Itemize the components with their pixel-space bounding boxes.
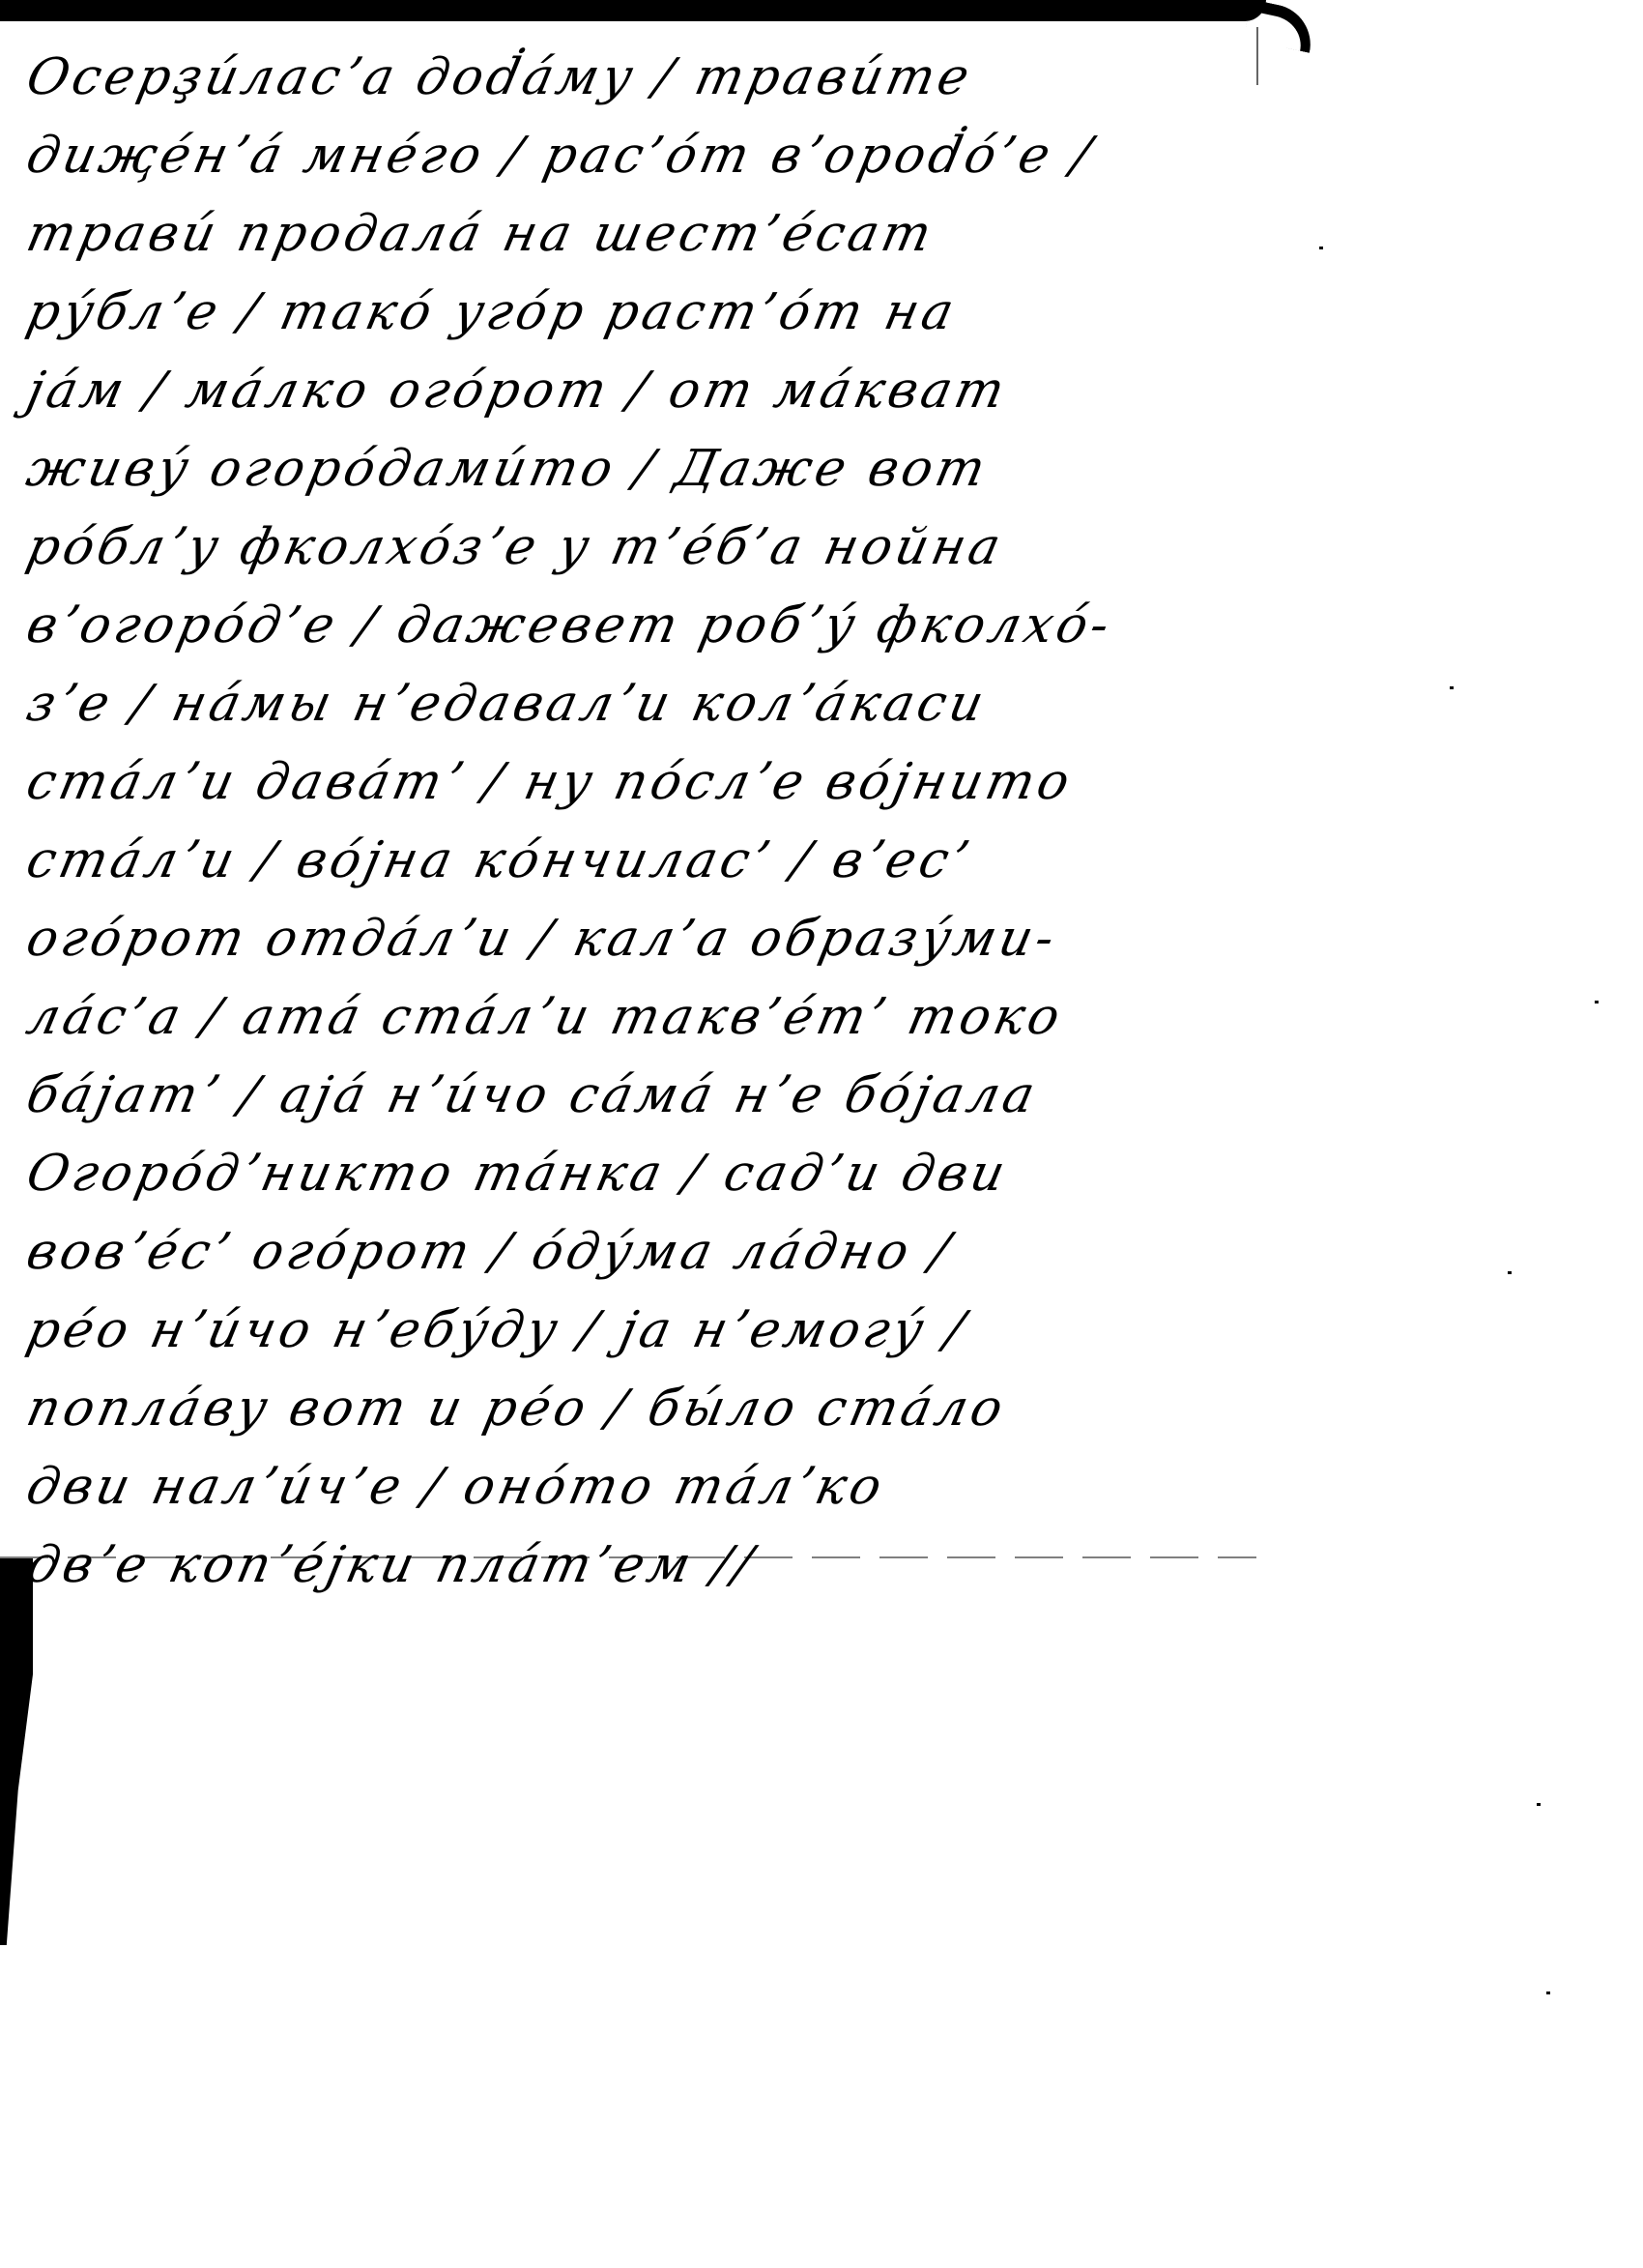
text-line: ба́јатʼ / ајá нʼи́чо са́ма́ нʼе бо́јала xyxy=(19,1057,1283,1135)
text-line: живу́ огоро́дами́то / Даже вот xyxy=(19,430,1283,509)
scan-speck xyxy=(1537,1803,1541,1806)
scan-speck xyxy=(1508,1271,1512,1274)
text-line: ого́рот отда́лʼи / кал’а образу́ми- xyxy=(19,900,1283,978)
text-line: ста́лʼи / во́јна ко́нчилас’ / вʼес’ xyxy=(19,822,1283,900)
text-line: ре́о нʼи́чо нʼебу́ду / ја нʼемогу́ / xyxy=(19,1292,1283,1370)
text-line: вовʼе́с’ ого́рот / о́ду́ма ла́дно / xyxy=(19,1213,1283,1292)
text-line: зʼе / на́мы нʼедавалʼи колʼа́каси xyxy=(19,665,1283,743)
scan-speck xyxy=(1319,247,1323,249)
scan-speck xyxy=(1546,1992,1550,1994)
scan-edge-bottom xyxy=(0,1556,1256,1558)
text-line: ста́лʼи дава́тʼ / ну по́слʼе во́јнито xyxy=(19,743,1283,822)
text-line: Огоро́дʼникто та́нка / сад’и дви xyxy=(19,1135,1283,1213)
text-line: диҗе́нʼа́ мне́го / рас’о́т вʼорoḋо́’е / xyxy=(19,117,1283,195)
text-line: попла́ву вот и ре́о / бы́ло ста́ло xyxy=(19,1370,1283,1448)
text-line: Осерҙи́ласʼа доḋа́му / трави́те xyxy=(19,39,1283,117)
scan-speck xyxy=(1595,1001,1599,1003)
scan-edge-top xyxy=(0,0,1266,21)
text-line: jа́м / ма́лко ого́рот / от ма́кват xyxy=(19,352,1283,430)
text-line: трави́ продала́ на шест’е́сат xyxy=(19,195,1283,274)
handwritten-page: Осерҙи́ласʼа доḋа́му / трави́те диҗе́нʼа… xyxy=(19,39,1266,1605)
text-line: двʼе копʼе́јки пла́т’ем // xyxy=(19,1527,1283,1605)
text-line: вʼогоро́д’е / дажевет робʼу́ фколхо́- xyxy=(19,587,1283,665)
text-line: ро́блʼу фколхо́зʼе у т’е́б’а нойна xyxy=(19,509,1283,587)
text-line: ла́с’а / ата́ ста́лʼи такв’е́т’ токо xyxy=(19,978,1283,1057)
text-line: ру́блʼе / тако́ уго́р раст’о́т на xyxy=(19,274,1283,352)
text-line: дви налʼи́ч’е / оно́то та́лʼко xyxy=(19,1448,1283,1527)
scan-shadow-left xyxy=(0,1558,33,1945)
scan-speck xyxy=(1450,686,1454,689)
